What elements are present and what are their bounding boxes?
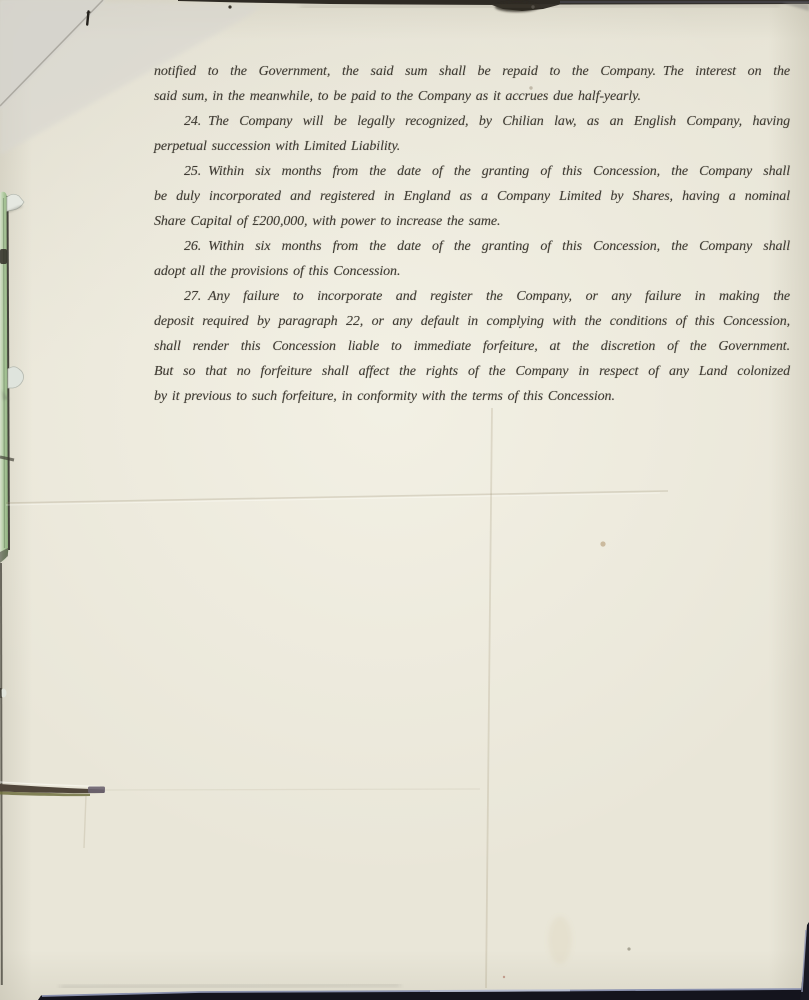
scanned-page: notified to the Government, the said sum… [0,0,809,1000]
text-line: But so that no forfeiture shall affect t… [154,359,790,384]
left-edge-lower-line [1,563,2,985]
text-line: 25. Within six months from the date of t… [154,159,790,184]
speck [228,5,231,8]
binding-strip-dark-blob [0,249,7,264]
crease-horizontal [6,491,668,503]
text-line: adopt all the provisions of this Concess… [154,259,790,284]
tab-2-body [8,367,24,388]
text-line: perpetual succession with Limited Liabil… [154,134,790,159]
paragraph-clause-24: 24. The Company will be legally recogniz… [154,109,790,159]
speck [627,947,630,950]
binding-strip [0,192,14,985]
stain-patch [548,916,572,964]
text-line: Share Capital of £200,000, with power to… [154,209,790,234]
right-scan-edge [800,922,809,1000]
speck [531,5,534,8]
top-strip-shadow [300,5,780,7]
fold-creases [6,408,668,988]
bottom-strip-highlight-bright [430,990,570,991]
bottom-scan-edge [38,985,809,1000]
document-text-block: notified to the Government, the said sum… [154,59,790,409]
paragraph-clause-27: 27. Any failure to incorporate and regis… [154,284,790,409]
text-line: by it previous to such forfeiture, in co… [154,384,790,409]
text-line: be duly incorporated and registered in E… [154,184,790,209]
paper-tear [0,782,105,796]
paragraph-clause-25: 25. Within six months from the date of t… [154,159,790,234]
stain-dot [600,541,605,546]
tear-grey-tip [88,787,105,794]
crease-horizontal-light [6,493,660,505]
text-line: 26. Within six months from the date of t… [154,234,790,259]
speck-red [503,976,505,978]
pen-mark-stem [87,12,88,25]
top-right-corner-shade [782,3,809,11]
text-line: shall render this Concession liable to i… [154,334,790,359]
text-line: said sum, in the meanwhile, to be paid t… [154,84,790,109]
text-line: 27. Any failure to incorporate and regis… [154,284,790,309]
text-line: notified to the Government, the said sum… [154,59,790,84]
text-line: 24. The Company will be legally recogniz… [154,109,790,134]
crease-below-tear [84,795,86,848]
paragraph-clause-26: 26. Within six months from the date of t… [154,234,790,284]
paper-clip-tab-1 [7,194,24,212]
paragraph-continuation: notified to the Government, the said sum… [154,59,790,109]
text-line: deposit required by paragraph 22, or any… [154,309,790,334]
bottom-strip-shadow [60,985,400,987]
scanner-bed-top-edge [178,0,809,12]
crease-right-of-tear [105,789,480,790]
